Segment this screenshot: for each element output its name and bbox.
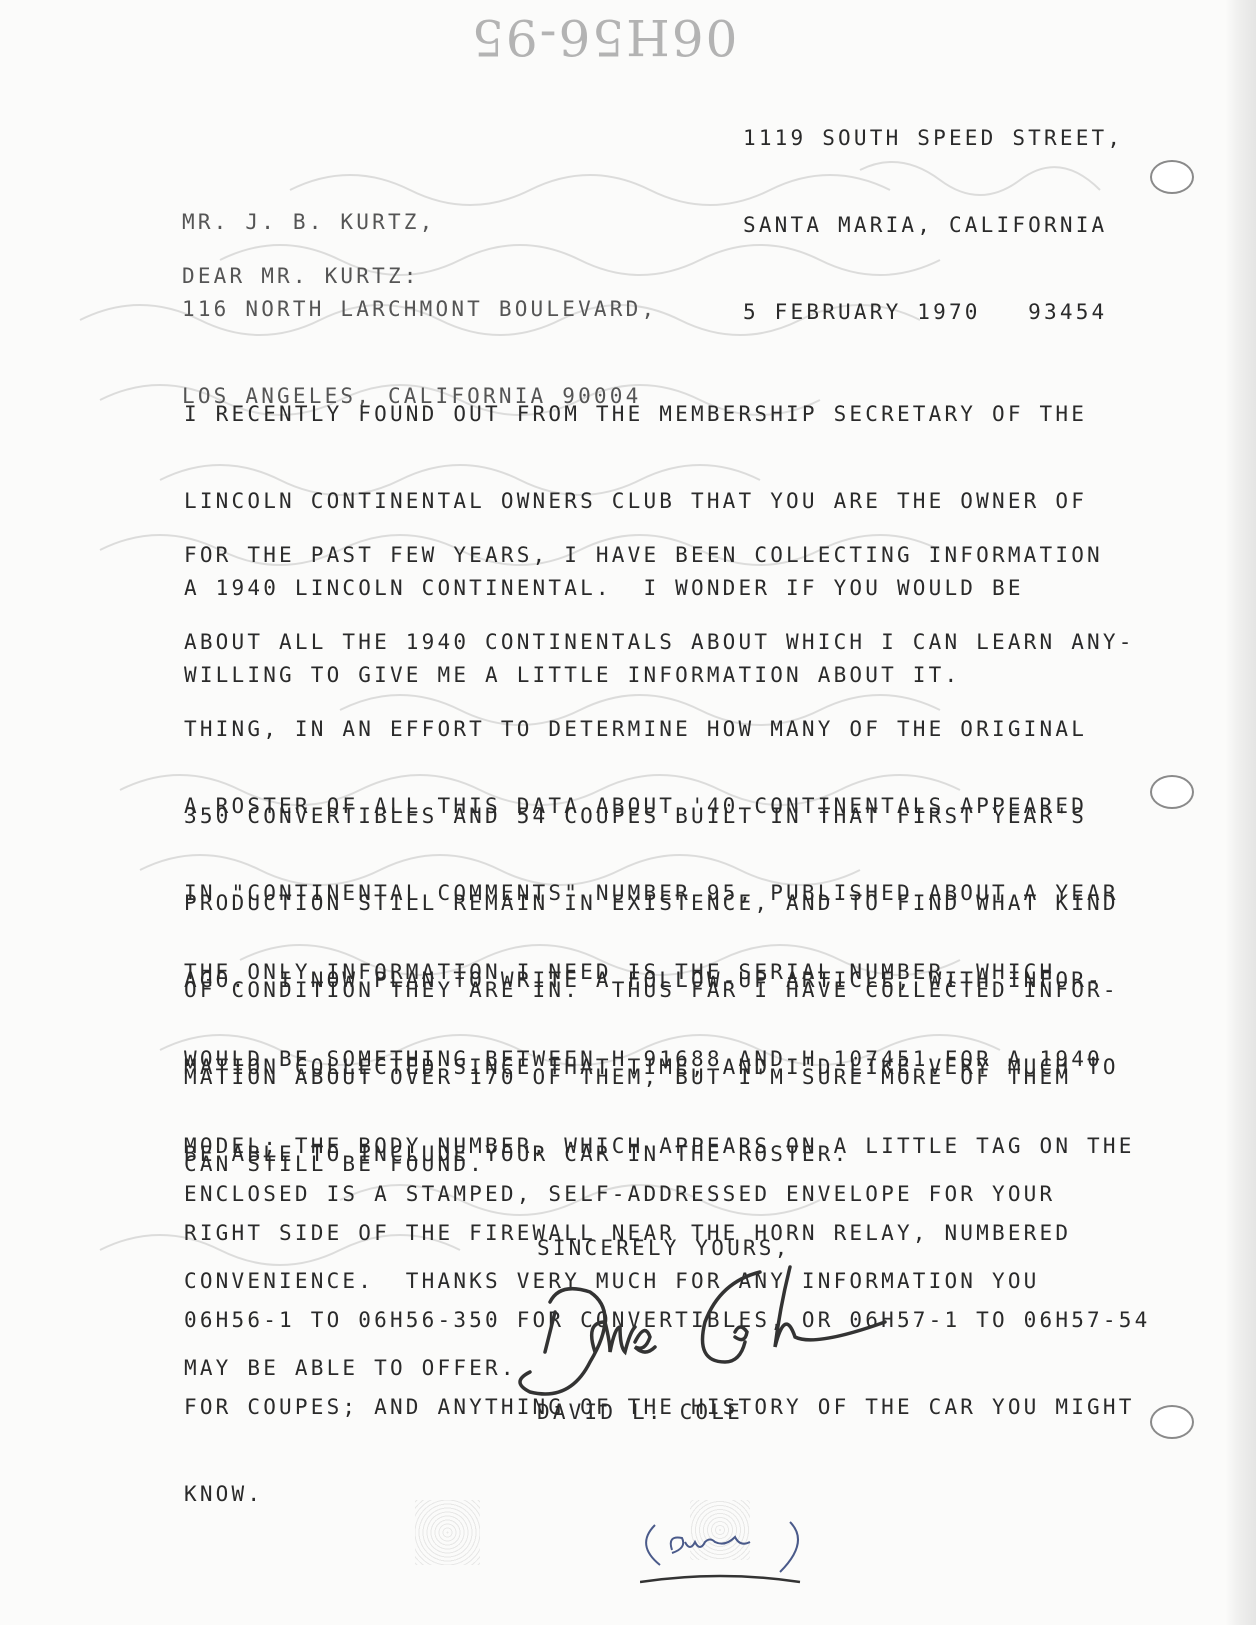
typed-signature-name: David L. Cole (537, 1398, 743, 1427)
punch-hole (1150, 1405, 1194, 1439)
letter-date: 5 February 1970 93454 (743, 298, 1123, 327)
text-line: know. (184, 1480, 1150, 1509)
punch-hole (1150, 775, 1194, 809)
text-line: A roster of all this data about '40 Cont… (184, 792, 1119, 821)
sender-street: 1119 South Speed Street, (743, 124, 1123, 153)
letter-page: 06H56-95 1119 South Speed Street, Santa … (0, 0, 1256, 1625)
text-line: Enclosed is a stamped, self-addressed en… (184, 1180, 1055, 1209)
pencil-annotation: 06H56-95 (470, 8, 737, 66)
text-line: The only information I need is the seria… (184, 958, 1150, 987)
sender-city: Santa Maria, California (743, 211, 1123, 240)
sender-address: 1119 South Speed Street, Santa Maria, Ca… (743, 66, 1123, 385)
handwritten-over-note: (over) (640, 1520, 820, 1600)
text-line: about all the 1940 Continentals about wh… (184, 628, 1135, 657)
recipient-name: Mr. J. B. Kurtz, (182, 208, 657, 237)
salutation: Dear Mr. Kurtz: (182, 262, 420, 291)
recipient-street: 116 North Larchmont Boulevard, (182, 295, 657, 324)
text-line: For the past few years, I have been coll… (184, 541, 1135, 570)
closing: Sincerely yours, (537, 1234, 791, 1263)
punch-hole (1150, 160, 1194, 194)
text-line: would be something between H 91688 and H… (184, 1045, 1150, 1074)
text-line: I recently found out from the Membership… (184, 400, 1087, 429)
signature (510, 1262, 910, 1402)
toner-smudge (415, 1500, 480, 1565)
